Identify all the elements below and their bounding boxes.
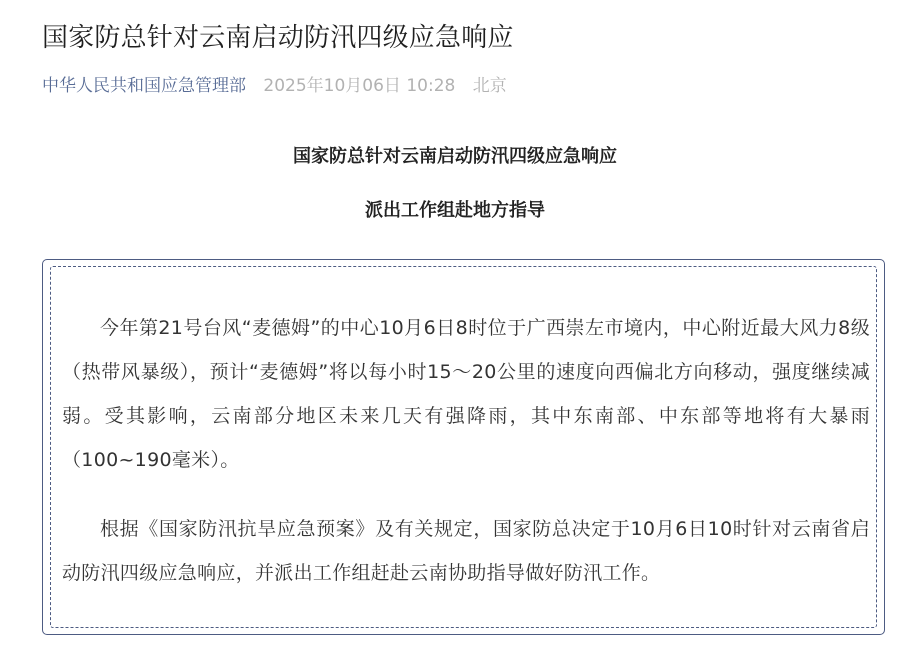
subheading-secondary: 派出工作组赴地方指导 xyxy=(0,197,910,225)
article-meta: 中华人民共和国应急管理部 2025年10月06日 10:28 北京 xyxy=(42,73,507,99)
publish-location: 北京 xyxy=(473,76,507,96)
body-paragraph: 根据《国家防汛抗旱应急预案》及有关规定，国家防总决定于10月6日10时针对云南省… xyxy=(62,507,870,595)
body-paragraph: 今年第21号台风“麦德姆”的中心10月6日8时位于广西崇左市境内，中心附近最大风… xyxy=(62,306,870,482)
author-link[interactable]: 中华人民共和国应急管理部 xyxy=(42,76,246,96)
publish-date: 2025年10月06日 10:28 xyxy=(263,76,455,96)
article-title: 国家防总针对云南启动防汛四级应急响应 xyxy=(42,18,514,58)
subheading-main: 国家防总针对云南启动防汛四级应急响应 xyxy=(0,143,910,171)
